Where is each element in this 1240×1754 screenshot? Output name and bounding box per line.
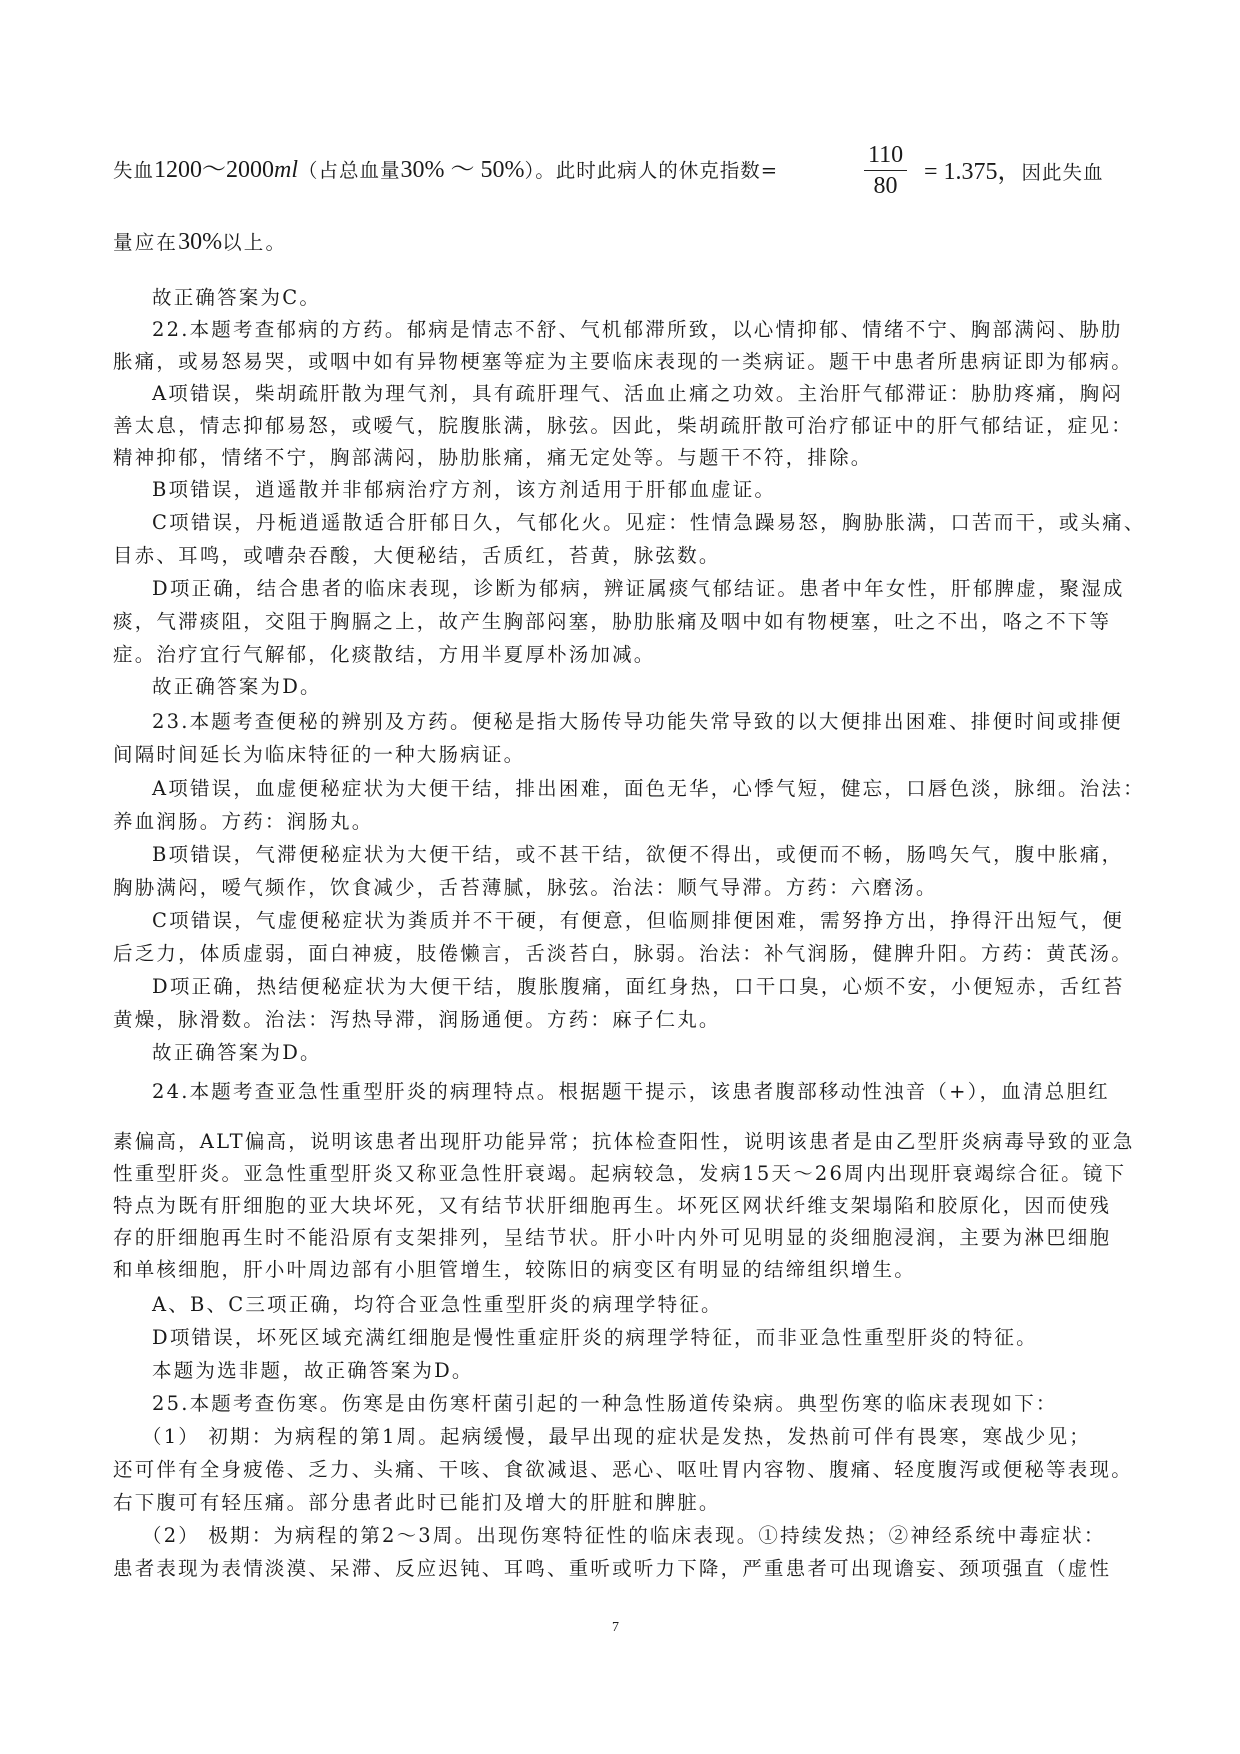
option-b-line: B项错误，逍遥散并非郁病治疗方剂，该方剂适用于肝郁血虚证。 [152, 478, 1167, 502]
paragraph-line: 黄燥，脉滑数。治法：泻热导滞，润肠通便。方药：麻子仁丸。 [113, 1008, 1128, 1032]
paragraph-line: 精神抑郁，情绪不宁，胸部满闷，胁肋胀痛，痛无定处等。与题干不符，排除。 [113, 446, 1128, 470]
options-abc-line: A、B、C三项正确，均符合亚急性重型肝炎的病理学特征。 [152, 1293, 1167, 1317]
paragraph-line: 痰，气滞痰阻，交阻于胸膈之上，故产生胸部闷塞，胁肋胀痛及咽中如有物梗塞，吐之不出… [113, 610, 1128, 634]
paragraph-line: 存的肝细胞再生时不能沿原有支架排列，呈结节状。肝小叶内外可见明显的炎细胞浸润，主… [113, 1226, 1128, 1250]
answer-line: 故正确答案为D。 [152, 1041, 1167, 1065]
paragraph-line: 和单核细胞，肝小叶周边部有小胆管增生，较陈旧的病变区有明显的结缔组织增生。 [113, 1258, 1128, 1282]
option-c-line: C项错误，气虚便秘症状为粪质并不干硬，有便意，但临厕排便困难，需努挣方出，挣得汗… [152, 909, 1167, 933]
answer-line: 故正确答案为C。 [152, 286, 1167, 310]
text: 失血 [113, 159, 154, 182]
option-a-line: A项错误，血虚便秘症状为大便干结，排出困难，面色无华，心悸气短，健忘，口唇色淡，… [152, 777, 1167, 801]
fraction-denominator: 80 [864, 171, 907, 201]
stage-1-line: （1） 初期：为病程的第1周。起病缓慢，最早出现的症状是发热，发热前可伴有畏寒，… [142, 1425, 1157, 1449]
stage-2-line: （2） 极期：为病程的第2～3周。出现伤寒特征性的临床表现。①持续发热；②神经系… [142, 1524, 1157, 1548]
paragraph-line: 胸胁满闷，嗳气频作，饮食减少，舌苔薄腻，脉弦。治法：顺气导滞。方药：六磨汤。 [113, 876, 1128, 900]
math-percent-range: 30% ～ 50% [401, 157, 525, 183]
option-b-line: B项错误，气滞便秘症状为大便干结，或不甚干结，欲便不得出，或便而不畅，肠鸣矢气，… [152, 843, 1167, 867]
question-25-heading: 25.本题考查伤寒。伤寒是由伤寒杆菌引起的一种急性肠道传染病。典型伤寒的临床表现… [152, 1392, 1167, 1416]
option-d-line: D项正确，热结便秘症状为大便干结，腹胀腹痛，面红身热，口干口臭，心烦不安，小便短… [152, 975, 1167, 999]
text: ）。此时此病人的休克指数= [525, 159, 779, 182]
paragraph-line: 善太息，情志抑郁易怒，或嗳气，脘腹胀满，脉弦。因此，柴胡疏肝散可治疗郁证中的肝气… [113, 414, 1128, 438]
shock-index-result: = 1.375，因此失血 [924, 160, 1144, 185]
document-page: 失血1200～2000ml（占总血量30% ～ 50%）。此时此病人的休克指数=… [0, 0, 1240, 1754]
paragraph-line: 性重型肝炎。亚急性重型肝炎又称亚急性肝衰竭。起病较急，发病15天～26周内出现肝… [113, 1162, 1128, 1186]
paragraph-line: 后乏力，体质虚弱，面白神疲，肢倦懒言，舌淡苔白，脉弱。治法：补气润肠，健脾升阳。… [113, 942, 1128, 966]
math-range: 1200～2000 [154, 157, 274, 183]
paragraph-line: 素偏高，ALT偏高，说明该患者出现肝功能异常；抗体检查阳性，说明该患者是由乙型肝… [113, 1130, 1128, 1154]
option-c-line: C项错误，丹栀逍遥散适合肝郁日久，气郁化火。见症：性情急躁易怒，胸胁胀满，口苦而… [152, 511, 1167, 535]
text: 因此失血 [1022, 161, 1104, 184]
paragraph-line: 症。治疗宜行气解郁，化痰散结，方用半夏厚朴汤加减。 [113, 643, 1128, 667]
option-a-line: A项错误，柴胡疏肝散为理气剂，具有疏肝理气、活血止痛之功效。主治肝气郁滞证：胁肋… [152, 382, 1167, 406]
page-number: 7 [612, 1620, 619, 1636]
fraction-numerator: 110 [864, 140, 907, 171]
paragraph-line: 特点为既有肝细胞的亚大块坏死，又有结节状肝细胞再生。坏死区网状纤维支架塌陷和胶原… [113, 1194, 1128, 1218]
paragraph-line: 患者表现为表情淡漠、呆滞、反应迟钝、耳鸣、重听或听力下降，严重患者可出现谵妄、颈… [113, 1557, 1128, 1581]
paragraph-line: 目赤、耳鸣，或嘈杂吞酸，大便秘结，舌质红，苔黄，脉弦数。 [113, 544, 1128, 568]
answer-line: 本题为选非题，故正确答案为D。 [152, 1359, 1167, 1383]
text: （占总血量 [298, 159, 401, 182]
option-d-line: D项正确，结合患者的临床表现，诊断为郁病，辨证属痰气郁结证。患者中年女性，肝郁脾… [152, 577, 1167, 601]
paragraph-line: 右下腹可有轻压痛。部分患者此时已能扪及增大的肝脏和脾脏。 [113, 1491, 1128, 1515]
option-d-line: D项错误，坏死区域充满红细胞是慢性重症肝炎的病理学特征，而非亚急性重型肝炎的特征… [152, 1326, 1167, 1350]
paragraph-line: 养血润肠。方药：润肠丸。 [113, 810, 1128, 834]
math-percent: 30% [178, 229, 222, 255]
answer-line: 故正确答案为D。 [152, 675, 1167, 699]
question-22-heading: 22.本题考查郁病的方药。郁病是情志不舒、气机郁滞所致，以心情抑郁、情绪不宁、胸… [152, 318, 1167, 342]
question-24-heading: 24.本题考查亚急性重型肝炎的病理特点。根据题干提示，该患者腹部移动性浊音（+）… [152, 1080, 1167, 1104]
text: 以上。 [222, 231, 287, 254]
blood-loss-conclusion: 量应在30%以上。 [113, 230, 1128, 255]
paragraph-line: 间隔时间延长为临床特征的一种大肠病证。 [113, 743, 1128, 767]
math-unit: ml [274, 157, 298, 183]
question-23-heading: 23.本题考查便秘的辨别及方药。便秘是指大肠传导功能失常导致的以大便排出困难、排… [152, 710, 1167, 734]
shock-index-fraction: 110 80 [864, 140, 907, 201]
paragraph-line: 还可伴有全身疲倦、乏力、头痛、干咳、食欲减退、恶心、呕吐胃内容物、腹痛、轻度腹泻… [113, 1458, 1128, 1482]
text: 量应在 [113, 231, 178, 254]
math-result: = 1.375， [924, 159, 1022, 185]
paragraph-line: 胀痛，或易怒易哭，或咽中如有异物梗塞等症为主要临床表现的一类病证。题干中患者所患… [113, 350, 1128, 374]
